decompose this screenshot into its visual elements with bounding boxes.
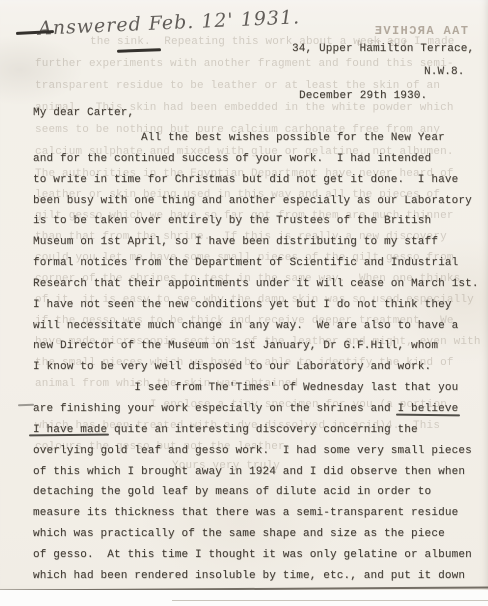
letter-line: I see from The'Times' of Wednesday last … bbox=[33, 378, 479, 399]
archive-stamp-line1: TAA ARCHIVE bbox=[356, 24, 468, 38]
letterhead-address-line1: 34, Upper Hamilton Terrace, bbox=[292, 43, 474, 55]
letterhead-address-line2: N.W.8. bbox=[424, 66, 465, 78]
paper-bottom-edge-shadow bbox=[172, 600, 488, 601]
letter-line: Museum on 1st April, so I have been dist… bbox=[33, 232, 479, 253]
scanner-background bbox=[0, 590, 488, 606]
letter-line: measure its thickness that there was a s… bbox=[33, 503, 479, 524]
letter-line: new Director of the Museum on 1st Januar… bbox=[33, 336, 479, 357]
letter-line: is to be taken over entirely by the Trus… bbox=[33, 211, 479, 232]
letter-line: are finishing your work especially on th… bbox=[33, 399, 479, 420]
salutation: My dear Carter, bbox=[33, 107, 134, 119]
letter-line: All the best wishes possible for the New… bbox=[33, 128, 479, 149]
letter-line: been busy with one thing and another esp… bbox=[33, 191, 479, 212]
letter-line: of gesso. At this time I thought it was … bbox=[33, 545, 479, 566]
letter-line: Research that their appointments under i… bbox=[33, 274, 479, 295]
letter-line: of this which I brought away in 1924 and… bbox=[33, 462, 479, 483]
letter-line: I know to be very well disposed to our L… bbox=[33, 357, 479, 378]
letter-line: I have not seen the new conditions yet b… bbox=[33, 295, 479, 316]
letter-line: formal notices from the Department of Sc… bbox=[33, 253, 479, 274]
letterhead-date: December 29th 1930. bbox=[299, 90, 427, 102]
letter-body: All the best wishes possible for the New… bbox=[33, 128, 479, 587]
bleedthrough-line: further experiments with another fragmen… bbox=[35, 58, 454, 70]
letter-line: detaching the gold leaf by means of dilu… bbox=[33, 482, 479, 503]
letter-line: will necessitate much change in any way.… bbox=[33, 316, 479, 337]
letter-line: to write in time for Christmas but did n… bbox=[33, 170, 479, 191]
letter-line: and for the continued success of your wo… bbox=[33, 149, 479, 170]
letter-paper: the sink. Repeating this work about a we… bbox=[0, 0, 488, 590]
letter-line: overlying gold leaf and gesso work. I ha… bbox=[33, 441, 479, 462]
letter-line: which had been rendered insoluble by tim… bbox=[33, 566, 479, 587]
letter-line: which was practically of the same shape … bbox=[33, 524, 479, 545]
letter-line: I have made quite an interesting discove… bbox=[33, 420, 479, 441]
scanned-letter-page: the sink. Repeating this work about a we… bbox=[0, 0, 488, 606]
